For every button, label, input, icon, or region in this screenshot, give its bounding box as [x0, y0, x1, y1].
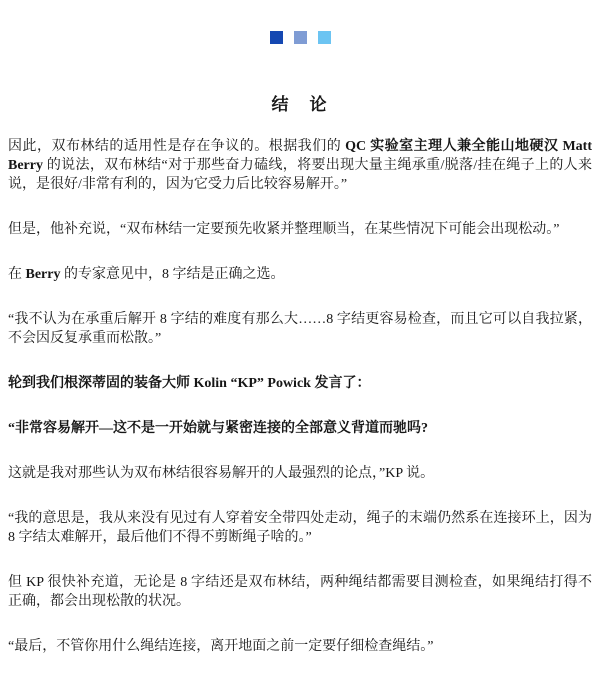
paragraph: “我不认为在承重后解开 8 字结的难度有那么大……8 字结更容易检查，而且它可以…: [8, 310, 592, 348]
paragraph: “我的意思是，我从来没有见过有人穿着安全带四处走动，绳子的末端仍然系在连接环上，…: [8, 509, 592, 547]
paragraph: 但是，他补充说，“双布林结一定要预先收紧并整理顺当，在某些情况下可能会出现松动。…: [8, 220, 592, 239]
paragraph-text: 因此，双布林结的适用性是存在争议的。根据我们的: [8, 139, 345, 154]
paragraph-text: 在: [8, 267, 26, 282]
paragraph-text: “我的意思是，我从来没有见过有人穿着安全带四处走动，绳子的末端仍然系在连接环上，…: [8, 511, 592, 545]
paragraph-bold-text: “非常容易解开—这不是一开始就与紧密连接的全部意义背道而驰吗?: [8, 421, 428, 436]
article-body: 因此，双布林结的适用性是存在争议的。根据我们的 QC 实验室主理人兼全能山地硬汉…: [0, 137, 600, 656]
paragraph: “最后，不管你用什么绳结连接，离开地面之前一定要仔细检查绳结。”: [8, 637, 592, 656]
paragraph: 但 KP 很快补充道，无论是 8 字结还是双布林结，两种绳结都需要目测检查，如果…: [8, 573, 592, 611]
paragraph-bold-text: Berry: [26, 267, 61, 282]
paragraph: 在 Berry 的专家意见中，8 字结是正确之选。: [8, 265, 592, 284]
paragraph-text: 这就是我对那些认为双布林结很容易解开的人最强烈的论点，”KP 说。: [8, 466, 434, 481]
paragraph-bold-text: 轮到我们根深蒂固的装备大师 Kolin “KP” Powick 发言了：: [8, 376, 370, 391]
paragraph-text: 但 KP 很快补充道，无论是 8 字结还是双布林结，两种绳结都需要目测检查，如果…: [8, 575, 592, 609]
paragraph-text: “最后，不管你用什么绳结连接，离开地面之前一定要仔细检查绳结。”: [8, 639, 433, 654]
paragraph: 因此，双布林结的适用性是存在争议的。根据我们的 QC 实验室主理人兼全能山地硬汉…: [8, 137, 592, 194]
paragraph-text: 但是，他补充说，“双布林结一定要预先收紧并整理顺当，在某些情况下可能会出现松动。…: [8, 222, 559, 237]
paragraph: 这就是我对那些认为双布林结很容易解开的人最强烈的论点，”KP 说。: [8, 464, 592, 483]
decor-squares-row: [0, 0, 600, 44]
paragraph: 轮到我们根深蒂固的装备大师 Kolin “KP” Powick 发言了：: [8, 374, 592, 393]
decor-square-dark-blue: [270, 31, 283, 44]
paragraph-text: 的专家意见中，8 字结是正确之选。: [60, 267, 284, 282]
paragraph-text: 的说法，双布林结“对于那些奋力磕线，将要出现大量主绳承重/脱落/挂在绳子上的人来…: [8, 158, 592, 192]
paragraph-text: “我不认为在承重后解开 8 字结的难度有那么大……8 字结更容易检查，而且它可以…: [8, 312, 592, 346]
paragraph: “非常容易解开—这不是一开始就与紧密连接的全部意义背道而驰吗?: [8, 419, 592, 438]
decor-square-medium-blue: [294, 31, 307, 44]
decor-square-light-blue: [318, 31, 331, 44]
page-title: 结 论: [0, 96, 600, 114]
